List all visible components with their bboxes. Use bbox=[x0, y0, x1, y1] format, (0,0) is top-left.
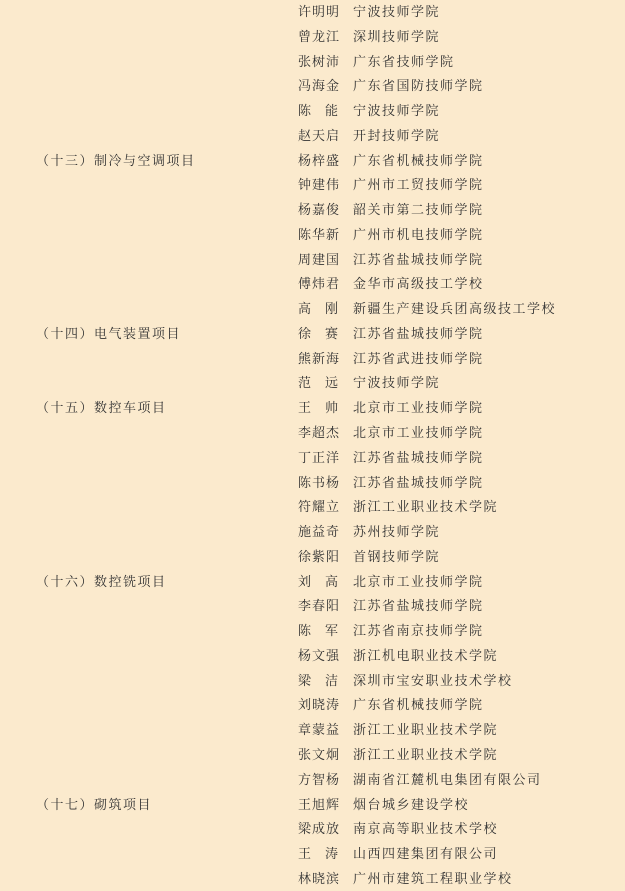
list-item: （十三）制冷与空调项目杨梓盛广东省机械技师学院 bbox=[0, 150, 625, 175]
list-item: 钟建伟广州市工贸技师学院 bbox=[0, 174, 625, 199]
person-name: 徐紫阳 bbox=[298, 546, 342, 571]
person-name: 李春阳 bbox=[298, 595, 342, 620]
list-item: 陈军江苏省南京技师学院 bbox=[0, 620, 625, 645]
school-name: 北京市工业技师学院 bbox=[353, 571, 484, 596]
person-name: 周建国 bbox=[298, 249, 342, 274]
school-name: 广东省机械技师学院 bbox=[353, 694, 484, 719]
list-item: 陈华新广州市机电技师学院 bbox=[0, 224, 625, 249]
school-name: 广州市机电技师学院 bbox=[353, 224, 484, 249]
list-item: （十四）电气装置项目徐赛江苏省盐城技师学院 bbox=[0, 323, 625, 348]
person-name: 刘晓涛 bbox=[298, 694, 342, 719]
list-item: 梁洁深圳市宝安职业技术学校 bbox=[0, 670, 625, 695]
school-name: 北京市工业技师学院 bbox=[353, 397, 484, 422]
school-name: 广东省技师学院 bbox=[353, 51, 455, 76]
school-name: 开封技师学院 bbox=[353, 125, 440, 150]
list-item: 傅炜君金华市高级技工学校 bbox=[0, 273, 625, 298]
school-name: 烟台城乡建设学校 bbox=[353, 794, 469, 819]
list-item: 陈书杨江苏省盐城技师学院 bbox=[0, 472, 625, 497]
person-name: 赵天启 bbox=[298, 125, 342, 150]
list-item: 李春阳江苏省盐城技师学院 bbox=[0, 595, 625, 620]
school-name: 浙江工业职业技术学院 bbox=[353, 496, 498, 521]
list-item: 施益奇苏州技师学院 bbox=[0, 521, 625, 546]
person-name: 高刚 bbox=[298, 298, 342, 323]
list-item: （十五）数控车项目王帅北京市工业技师学院 bbox=[0, 397, 625, 422]
school-name: 江苏省盐城技师学院 bbox=[353, 323, 484, 348]
list-item: 符耀立浙江工业职业技术学院 bbox=[0, 496, 625, 521]
person-name: 丁正洋 bbox=[298, 447, 342, 472]
school-name: 深圳技师学院 bbox=[353, 26, 440, 51]
person-name: 王帅 bbox=[298, 397, 342, 422]
person-name: 许明明 bbox=[298, 1, 342, 26]
school-name: 江苏省盐城技师学院 bbox=[353, 595, 484, 620]
list-item: （十七）砌筑项目王旭辉烟台城乡建设学校 bbox=[0, 794, 625, 819]
school-name: 江苏省盐城技师学院 bbox=[353, 472, 484, 497]
school-name: 北京市工业技师学院 bbox=[353, 422, 484, 447]
school-name: 宁波技师学院 bbox=[353, 372, 440, 397]
school-name: 广州市工贸技师学院 bbox=[353, 174, 484, 199]
list-item: 章蒙益浙江工业职业技术学院 bbox=[0, 719, 625, 744]
school-name: 江苏省武进技师学院 bbox=[353, 348, 484, 373]
school-name: 南京高等职业技术学校 bbox=[353, 818, 498, 843]
list-item: 王涛山西四建集团有限公司 bbox=[0, 843, 625, 868]
category-heading: （十七）砌筑项目 bbox=[36, 794, 152, 819]
person-name: 方智杨 bbox=[298, 769, 342, 794]
person-name: 曾龙江 bbox=[298, 26, 342, 51]
list-item: 丁正洋江苏省盐城技师学院 bbox=[0, 447, 625, 472]
school-name: 宁波技师学院 bbox=[353, 1, 440, 26]
person-name: 陈军 bbox=[298, 620, 342, 645]
list-item: 赵天启开封技师学院 bbox=[0, 125, 625, 150]
school-name: 江苏省盐城技师学院 bbox=[353, 249, 484, 274]
category-heading: （十四）电气装置项目 bbox=[36, 323, 181, 348]
school-name: 浙江工业职业技术学院 bbox=[353, 719, 498, 744]
list-item: （十六）数控铣项目刘高北京市工业技师学院 bbox=[0, 571, 625, 596]
winners-list: 许明明宁波技师学院曾龙江深圳技师学院张树沛广东省技师学院冯海金广东省国防技师学院… bbox=[0, 1, 625, 891]
school-name: 广东省国防技师学院 bbox=[353, 75, 484, 100]
person-name: 刘高 bbox=[298, 571, 342, 596]
category-heading: （十五）数控车项目 bbox=[36, 397, 167, 422]
person-name: 陈书杨 bbox=[298, 472, 342, 497]
list-item: 陈能宁波技师学院 bbox=[0, 100, 625, 125]
person-name: 梁成放 bbox=[298, 818, 342, 843]
person-name: 张文炯 bbox=[298, 744, 342, 769]
school-name: 广州市建筑工程职业学校 bbox=[353, 868, 513, 891]
person-name: 李超杰 bbox=[298, 422, 342, 447]
school-name: 深圳市宝安职业技术学校 bbox=[353, 670, 513, 695]
school-name: 浙江工业职业技术学院 bbox=[353, 744, 498, 769]
person-name: 杨嘉俊 bbox=[298, 199, 342, 224]
list-item: 张文炯浙江工业职业技术学院 bbox=[0, 744, 625, 769]
person-name: 钟建伟 bbox=[298, 174, 342, 199]
person-name: 林晓滨 bbox=[298, 868, 342, 891]
school-name: 金华市高级技工学校 bbox=[353, 273, 484, 298]
person-name: 王旭辉 bbox=[298, 794, 342, 819]
person-name: 徐赛 bbox=[298, 323, 342, 348]
person-name: 符耀立 bbox=[298, 496, 342, 521]
person-name: 梁洁 bbox=[298, 670, 342, 695]
person-name: 王涛 bbox=[298, 843, 342, 868]
school-name: 湖南省江麓机电集团有限公司 bbox=[353, 769, 542, 794]
person-name: 施益奇 bbox=[298, 521, 342, 546]
list-item: 冯海金广东省国防技师学院 bbox=[0, 75, 625, 100]
list-item: 李超杰北京市工业技师学院 bbox=[0, 422, 625, 447]
list-item: 许明明宁波技师学院 bbox=[0, 1, 625, 26]
person-name: 章蒙益 bbox=[298, 719, 342, 744]
list-item: 范远宁波技师学院 bbox=[0, 372, 625, 397]
person-name: 杨文强 bbox=[298, 645, 342, 670]
person-name: 冯海金 bbox=[298, 75, 342, 100]
school-name: 广东省机械技师学院 bbox=[353, 150, 484, 175]
person-name: 陈能 bbox=[298, 100, 342, 125]
school-name: 江苏省南京技师学院 bbox=[353, 620, 484, 645]
list-item: 刘晓涛广东省机械技师学院 bbox=[0, 694, 625, 719]
list-item: 曾龙江深圳技师学院 bbox=[0, 26, 625, 51]
school-name: 浙江机电职业技术学院 bbox=[353, 645, 498, 670]
person-name: 张树沛 bbox=[298, 51, 342, 76]
list-item: 林晓滨广州市建筑工程职业学校 bbox=[0, 868, 625, 891]
person-name: 傅炜君 bbox=[298, 273, 342, 298]
person-name: 熊新海 bbox=[298, 348, 342, 373]
school-name: 苏州技师学院 bbox=[353, 521, 440, 546]
person-name: 范远 bbox=[298, 372, 342, 397]
list-item: 张树沛广东省技师学院 bbox=[0, 51, 625, 76]
list-item: 杨文强浙江机电职业技术学院 bbox=[0, 645, 625, 670]
school-name: 山西四建集团有限公司 bbox=[353, 843, 498, 868]
category-heading: （十三）制冷与空调项目 bbox=[36, 150, 196, 175]
list-item: 高刚新疆生产建设兵团高级技工学校 bbox=[0, 298, 625, 323]
page: { "rows": [ {"category": "", "name": "许明… bbox=[0, 0, 625, 891]
list-item: 徐紫阳首钢技师学院 bbox=[0, 546, 625, 571]
person-name: 杨梓盛 bbox=[298, 150, 342, 175]
school-name: 首钢技师学院 bbox=[353, 546, 440, 571]
school-name: 韶关市第二技师学院 bbox=[353, 199, 484, 224]
list-item: 杨嘉俊韶关市第二技师学院 bbox=[0, 199, 625, 224]
list-item: 梁成放南京高等职业技术学校 bbox=[0, 818, 625, 843]
school-name: 宁波技师学院 bbox=[353, 100, 440, 125]
person-name: 陈华新 bbox=[298, 224, 342, 249]
list-item: 熊新海江苏省武进技师学院 bbox=[0, 348, 625, 373]
list-item: 方智杨湖南省江麓机电集团有限公司 bbox=[0, 769, 625, 794]
school-name: 新疆生产建设兵团高级技工学校 bbox=[353, 298, 556, 323]
school-name: 江苏省盐城技师学院 bbox=[353, 447, 484, 472]
list-item: 周建国江苏省盐城技师学院 bbox=[0, 249, 625, 274]
category-heading: （十六）数控铣项目 bbox=[36, 571, 167, 596]
